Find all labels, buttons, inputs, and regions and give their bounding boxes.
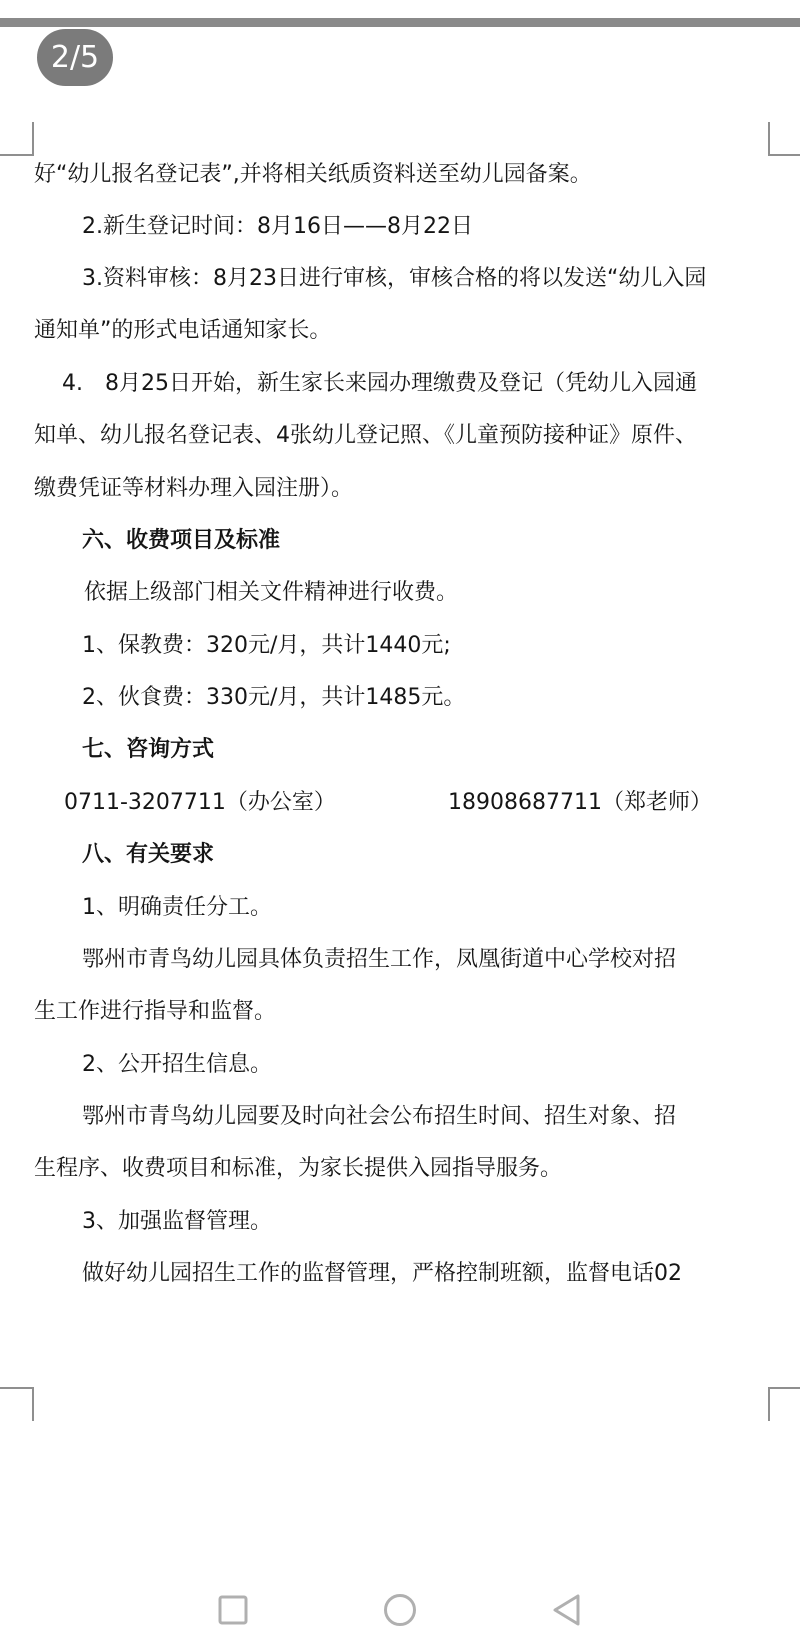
paragraph-line: 鄂州市青鸟幼儿园具体负责招生工作，凤凰街道中心学校对招 (82, 945, 676, 975)
paragraph-line: 依据上级部门相关文件精神进行收费。 (84, 578, 458, 608)
crop-mark-bottom-left (0, 1387, 34, 1421)
paragraph-line: 做好幼儿园招生工作的监督管理，严格控制班额，监督电话02 (82, 1259, 682, 1289)
triangle-back-icon (551, 1593, 583, 1627)
crop-mark-bottom-right (768, 1387, 800, 1421)
paragraph-line: 通知单”的形式电话通知家长。 (34, 316, 331, 346)
page-number-text: 2/5 (51, 40, 99, 75)
crop-mark-top-left (0, 122, 34, 156)
fee-item: 1、保教费：320元/月，共计1440元; (82, 631, 451, 661)
section-heading-contact: 七、咨询方式 (82, 735, 214, 765)
fee-item: 2、伙食费：330元/月，共计1485元。 (82, 683, 465, 713)
paragraph-line: 3.资料审核：8月23日进行审核，审核合格的将以发送“幼儿入园 (82, 264, 706, 294)
contact-office-phone: 0711-3207711（办公室） (64, 788, 336, 818)
crop-mark-top-right (768, 122, 800, 156)
page-number-badge: 2/5 (37, 29, 113, 86)
paragraph-line: 2.新生登记时间：8月16日——8月22日 (82, 212, 473, 242)
home-button[interactable] (370, 1580, 430, 1640)
paragraph-line: 知单、幼儿报名登记表、4张幼儿登记照、《儿童预防接种证》原件、 (34, 421, 697, 451)
page-scroll-indicator-bar (0, 18, 800, 27)
system-navigation-bar (0, 1580, 800, 1640)
contact-teacher-phone: 18908687711（郑老师） (448, 788, 712, 818)
paragraph-line: 好“幼儿报名登记表”,并将相关纸质资料送至幼儿园备案。 (34, 160, 592, 190)
section-heading-requirements: 八、有关要求 (82, 840, 214, 870)
back-button[interactable] (537, 1580, 597, 1640)
section-heading-fees: 六、收费项目及标准 (82, 526, 280, 556)
circle-icon (383, 1593, 417, 1627)
requirement-item: 3、加强监督管理。 (82, 1207, 272, 1237)
requirement-item: 2、公开招生信息。 (82, 1050, 272, 1080)
paragraph-line: 鄂州市青鸟幼儿园要及时向社会公布招生时间、招生对象、招 (82, 1102, 676, 1132)
square-icon (217, 1594, 249, 1626)
paragraph-line: 生工作进行指导和监督。 (34, 997, 276, 1027)
requirement-item: 1、明确责任分工。 (82, 893, 272, 923)
paragraph-line: 生程序、收费项目和标准，为家长提供入园指导服务。 (34, 1154, 562, 1184)
paragraph-line: 缴费凭证等材料办理入园注册）。 (34, 474, 353, 504)
paragraph-line: 4. 8月25日开始，新生家长来园办理缴费及登记（凭幼儿入园通 (62, 369, 697, 399)
recents-button[interactable] (203, 1580, 263, 1640)
